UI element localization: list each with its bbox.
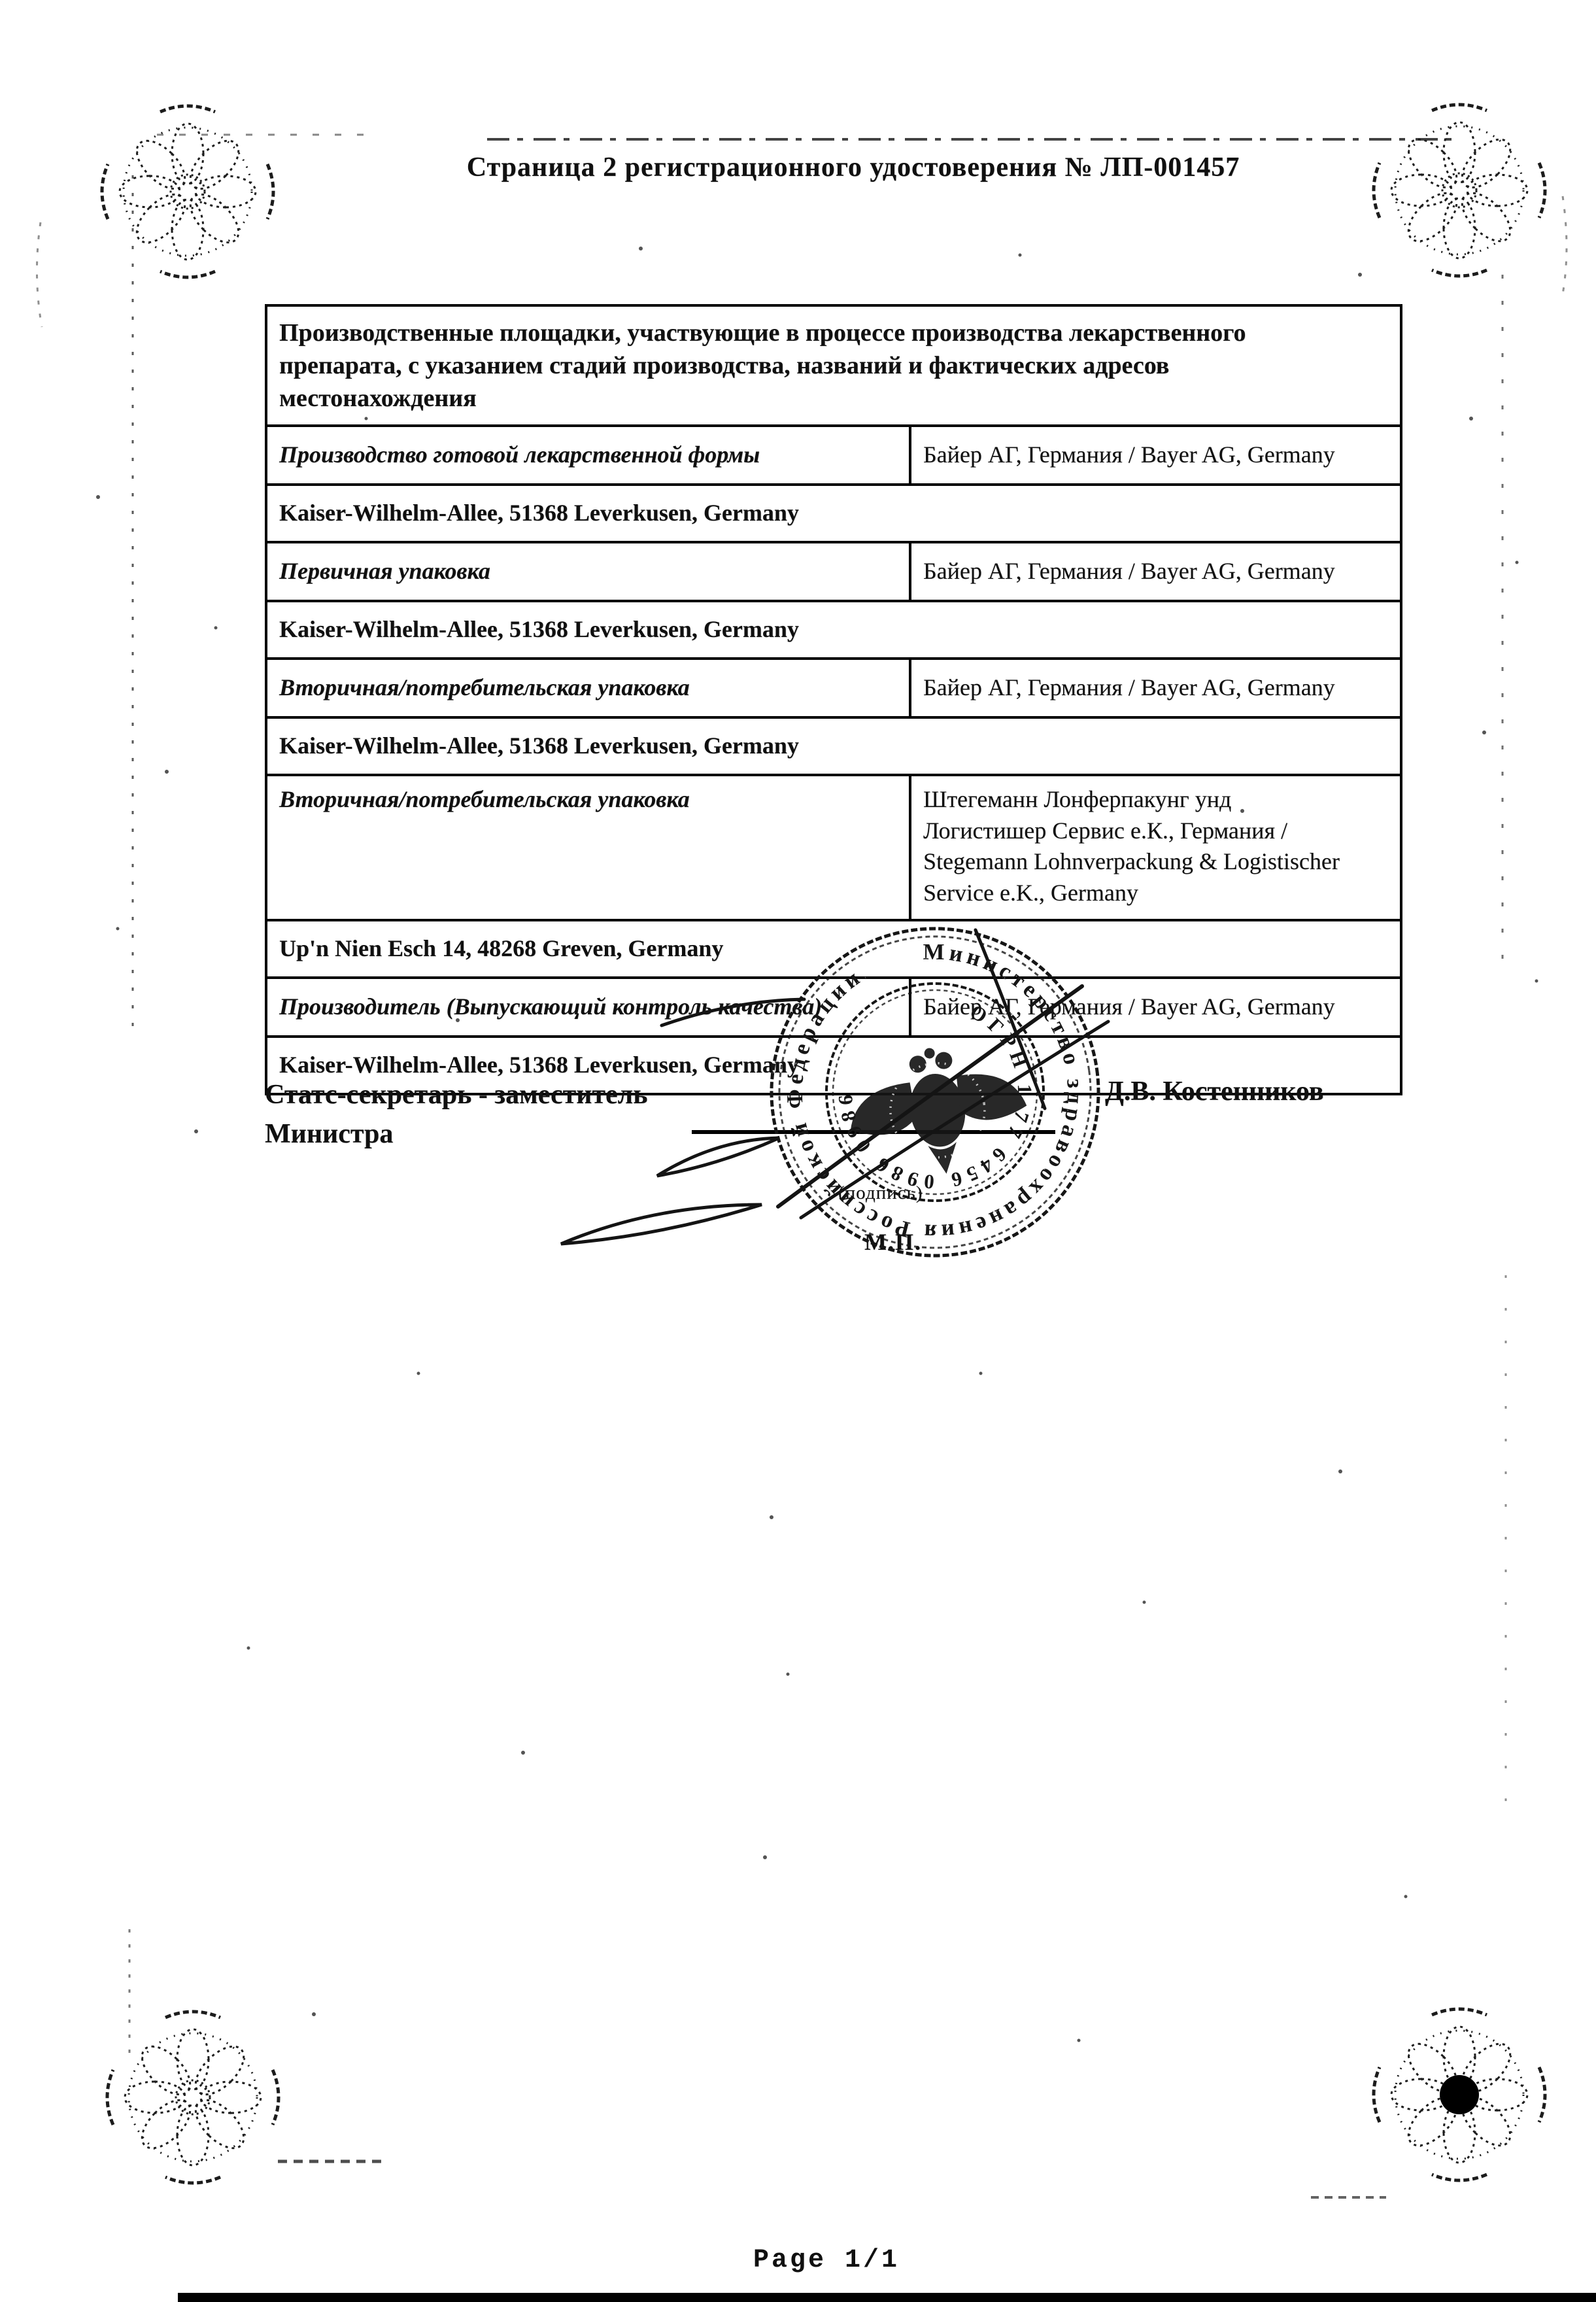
manufacturer-value: Байер АГ, Германия / Bayer AG, Germany: [910, 542, 1401, 601]
signatory-title: Статс-секретарь - заместитель Министра: [265, 1076, 683, 1154]
site-address: Up'n Nien Esch 14, 48268 Greven, Germany: [266, 920, 1401, 978]
manufacturer-value: Штегеманн Лонферпакунг унд Логистишер Се…: [910, 775, 1401, 920]
table-row: Kaiser-Wilhelm-Allee, 51368 Leverkusen, …: [266, 601, 1401, 659]
production-sites-table: Производственные площадки, участвующие в…: [265, 304, 1402, 1095]
table-row: Kaiser-Wilhelm-Allee, 51368 Leverkusen, …: [266, 485, 1401, 542]
manufacturer-value: Байер АГ, Германия / Bayer AG, Germany: [910, 978, 1401, 1037]
signature-line: [692, 1130, 1055, 1134]
scan-bottom-bar: [178, 2293, 1596, 2302]
site-address: Kaiser-Wilhelm-Allee, 51368 Leverkusen, …: [266, 601, 1401, 659]
scanned-document-page: Страница 2 регистрационного удостоверени…: [0, 0, 1596, 2302]
page-title: Страница 2 регистрационного удостоверени…: [458, 152, 1249, 183]
table-row: Производитель (Выпускающий контроль каче…: [266, 978, 1401, 1037]
manufacturer-value: Байер АГ, Германия / Bayer AG, Germany: [910, 659, 1401, 717]
table-row: Вторичная/потребительская упаковка Байер…: [266, 659, 1401, 717]
table-row: Первичная упаковка Байер АГ, Германия / …: [266, 542, 1401, 601]
manufacturer-value: Байер АГ, Германия / Bayer AG, Germany: [910, 426, 1401, 485]
table-header-row: Производственные площадки, участвующие в…: [266, 305, 1401, 426]
table-row: Производство готовой лекарственной формы…: [266, 426, 1401, 485]
table-row: Kaiser-Wilhelm-Allee, 51368 Leverkusen, …: [266, 717, 1401, 775]
table-header-cell: Производственные площадки, участвующие в…: [266, 305, 1401, 426]
ink-dot: [1440, 2075, 1479, 2114]
site-address: Kaiser-Wilhelm-Allee, 51368 Leverkusen, …: [266, 485, 1401, 542]
table-row: Up'n Nien Esch 14, 48268 Greven, Germany: [266, 920, 1401, 978]
page-footer: Page 1/1: [753, 2246, 900, 2275]
mp-label: М.П.: [864, 1228, 922, 1256]
stage-label: Вторичная/потребительская упаковка: [266, 775, 910, 920]
table-row: Вторичная/потребительская упаковка Штеге…: [266, 775, 1401, 920]
stage-label: Первичная упаковка: [266, 542, 910, 601]
stage-label: Вторичная/потребительская упаковка: [266, 659, 910, 717]
stage-label: Производство готовой лекарственной формы: [266, 426, 910, 485]
podpis-label: (подпись): [838, 1182, 923, 1204]
site-address: Kaiser-Wilhelm-Allee, 51368 Leverkusen, …: [266, 717, 1401, 775]
stage-label: Производитель (Выпускающий контроль каче…: [266, 978, 910, 1037]
signatory-name: Д.В. Костенников: [1105, 1076, 1419, 1107]
